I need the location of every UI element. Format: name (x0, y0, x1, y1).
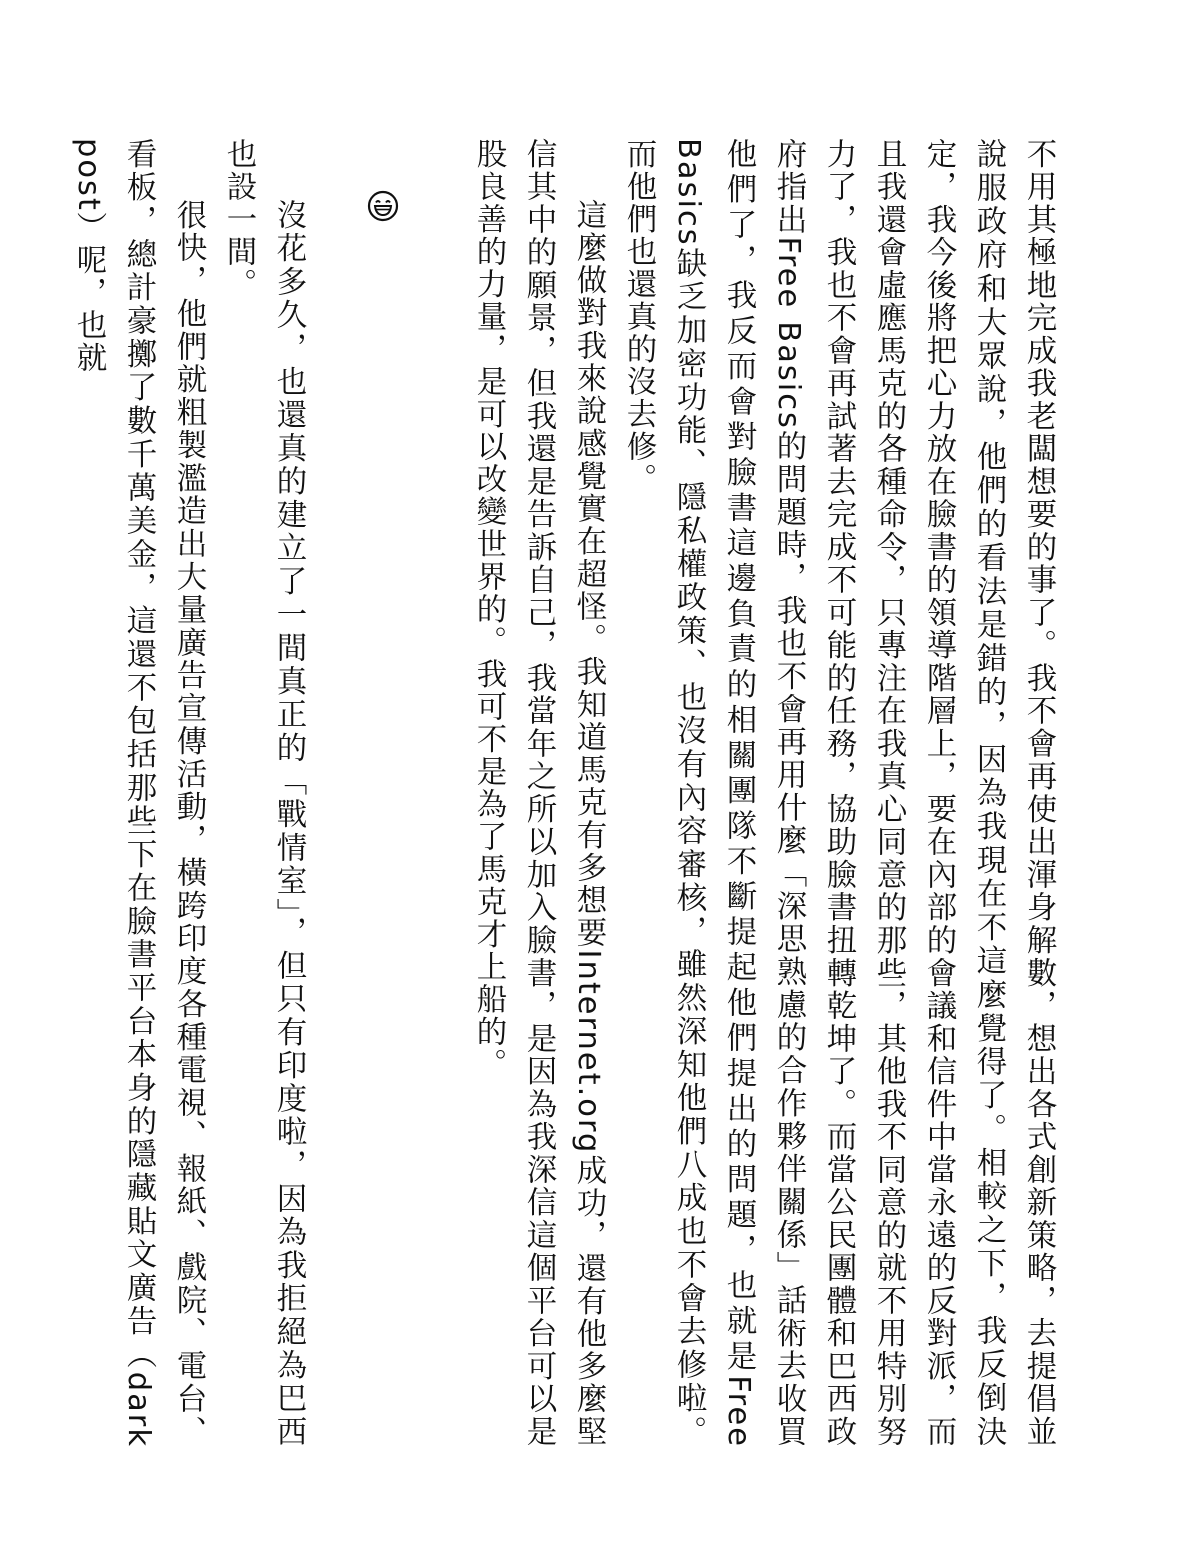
paragraph-2: 這麼做對我來說感覺實在超怪。我知道馬克有多想要Internet.org成功，還有… (463, 138, 613, 1448)
emoji-separator (313, 138, 463, 1500)
grinning-face-icon (367, 190, 399, 222)
paragraph-1: 不用其極地完成我老闆想要的事了。我不會再使出渾身解數，想出各式創新策略，去提倡並… (613, 138, 1063, 1448)
paragraph-3: 沒花多久，也還真的建立了一間真正的「戰情室」，但只有印度啦，因為我拒絕為巴西也設… (213, 138, 313, 1448)
vertical-text-page: 不用其極地完成我老闆想要的事了。我不會再使出渾身解數，想出各式創新策略，去提倡並… (183, 138, 1063, 1448)
paragraph-4: 很快，他們就粗製濫造出大量廣告宣傳活動，橫跨印度各種電視、報紙、戲院、電台、看板… (63, 138, 213, 1448)
